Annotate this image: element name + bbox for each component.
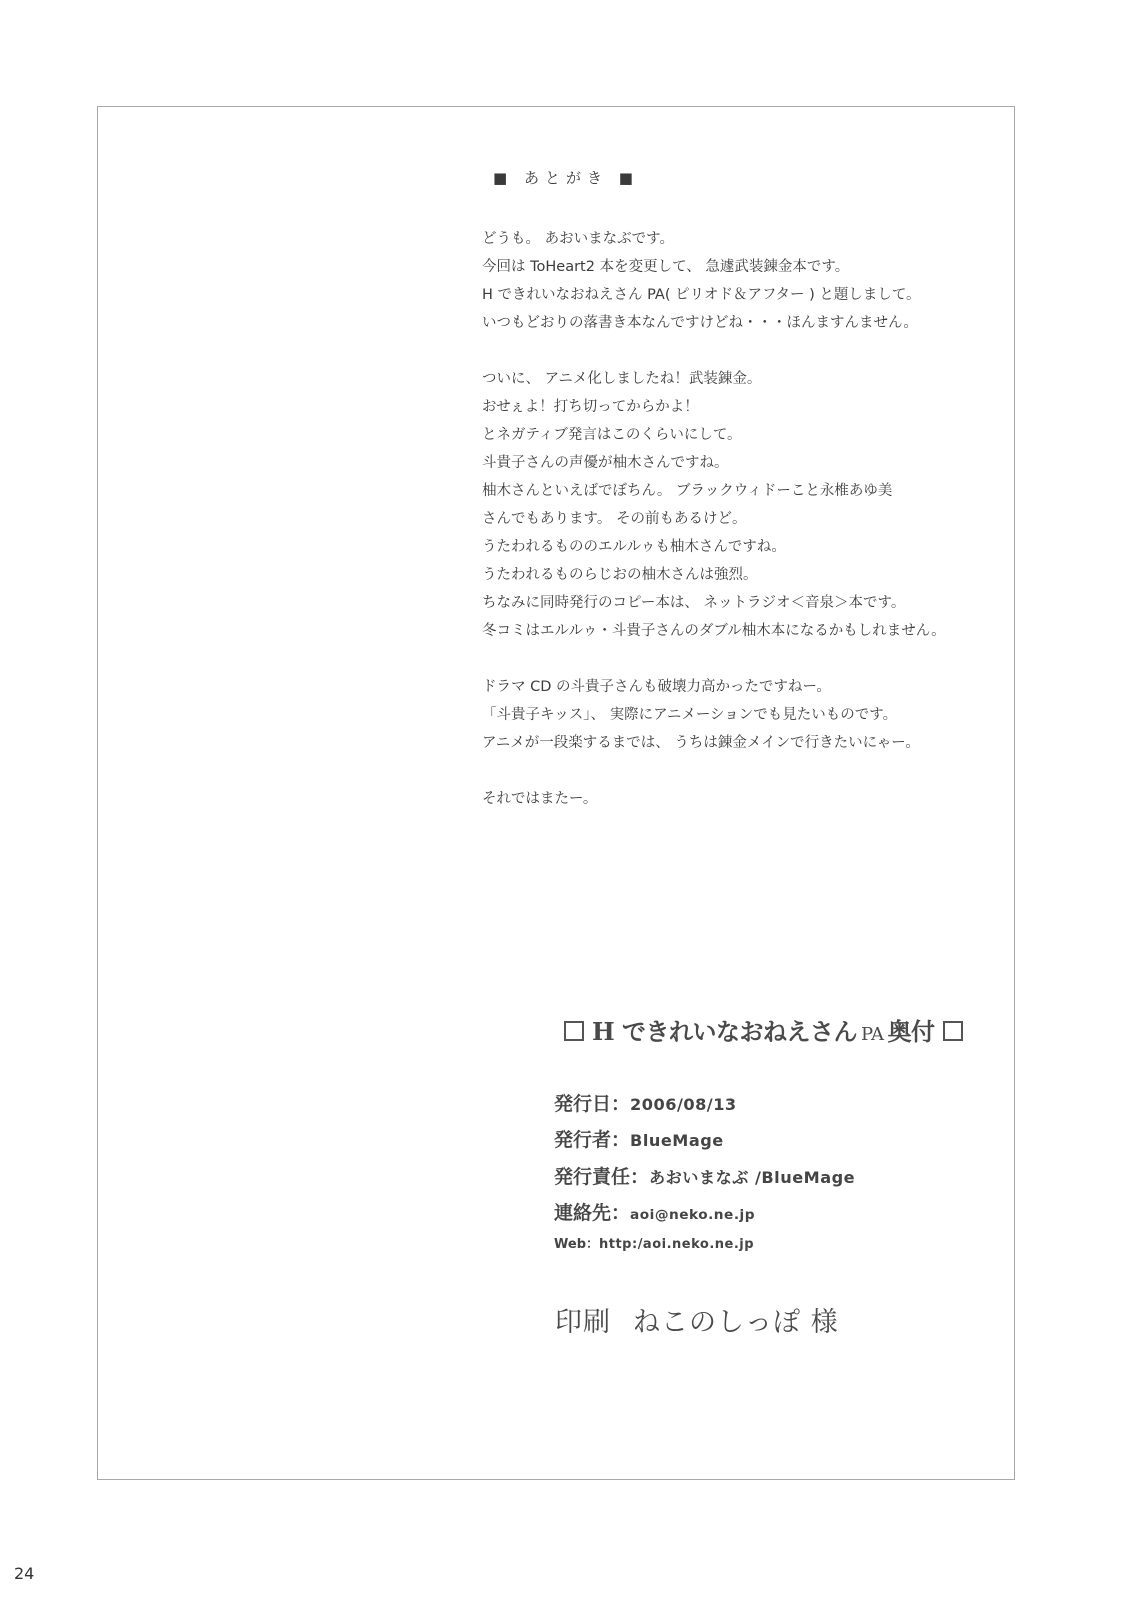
publish-date-row: 発行日：2006/08/13: [554, 1086, 855, 1122]
afterword-line: 今回は ToHeart2 本を変更して、 急遽武装錬金本です。: [482, 253, 982, 281]
afterword-line: さんでもあります。 その前もあるけど。: [482, 505, 982, 533]
colophon-title-text: H できれいなおねえさん: [592, 1017, 857, 1046]
web-row: Web：http:/aoi.neko.ne.jp: [554, 1230, 855, 1260]
page-number: 24: [14, 1564, 34, 1583]
web-url: http:/aoi.neko.ne.jp: [599, 1237, 754, 1252]
afterword-line: おせぇよ！打ち切ってからかよ！: [482, 393, 982, 421]
publisher-row: 発行者：BlueMage: [554, 1122, 855, 1158]
afterword-line: うたわれるもののエルルゥも柚木さんですね。: [482, 533, 982, 561]
printer-label: 印刷: [555, 1307, 611, 1338]
web-label: Web：: [554, 1237, 599, 1252]
contact-row: 連絡先：aoi@neko.ne.jp: [554, 1196, 855, 1230]
responsible-row: 発行責任：あおいまなぶ /BlueMage: [554, 1158, 855, 1196]
colophon-details: 発行日：2006/08/13 発行者：BlueMage 発行責任：あおいまなぶ …: [554, 1086, 855, 1260]
paragraph-gap: [482, 757, 982, 785]
colophon-title-suffix: 奥付: [888, 1017, 935, 1046]
printer-credit: 印刷ねこのしっぽ 様: [555, 1300, 839, 1339]
publish-date-value: 2006/08/13: [630, 1095, 737, 1114]
afterword-line: ついに、 アニメ化しましたね！武装錬金。: [482, 365, 982, 393]
colophon-title: H できれいなおねえさんPA奥付: [556, 1012, 971, 1047]
afterword-line: ちなみに同時発行のコピー本は、 ネットラジオ＜音泉＞本です。: [482, 589, 982, 617]
afterword-line: 斗貴子さんの声優が柚木さんですね。: [482, 449, 982, 477]
open-square-icon: [564, 1021, 584, 1041]
afterword-line: 柚木さんといえばでぼちん。 ブラックウィドーこと永椎あゆ美: [482, 477, 982, 505]
paragraph-gap: [482, 337, 982, 365]
afterword-line: 「斗貴子キッス」、 実際にアニメーションでも見たいものです。: [482, 701, 982, 729]
afterword-line: ドラマ CD の斗貴子さんも破壊力高かったですねー。: [482, 673, 982, 701]
afterword-line: それではまたー。: [482, 785, 982, 813]
responsible-label: 発行責任：: [554, 1166, 649, 1188]
afterword-line: 冬コミはエルルゥ・斗貴子さんのダブル柚木本になるかもしれません。: [482, 617, 982, 645]
colophon-title-pa: PA: [861, 1024, 883, 1045]
publisher-value: BlueMage: [630, 1131, 724, 1150]
afterword-line: アニメが一段楽するまでは、 うちは錬金メインで行きたいにゃー。: [482, 729, 982, 757]
afterword-line: どうも。 あおいまなぶです。: [482, 225, 982, 253]
contact-email: aoi@neko.ne.jp: [630, 1207, 755, 1223]
afterword-line: うたわれるものらじおの柚木さんは強烈。: [482, 561, 982, 589]
open-square-icon: [943, 1021, 963, 1041]
afterword-line: とネガティブ発言はこのくらいにして。: [482, 421, 982, 449]
afterword-body: どうも。 あおいまなぶです。 今回は ToHeart2 本を変更して、 急遽武装…: [482, 225, 982, 813]
responsible-value: あおいまなぶ /BlueMage: [649, 1168, 855, 1187]
publisher-label: 発行者：: [554, 1129, 630, 1151]
contact-label: 連絡先：: [554, 1202, 630, 1224]
afterword-line: H できれいなおねえさん PA( ピリオド＆アフター ) と題しまして。: [482, 281, 982, 309]
publish-date-label: 発行日：: [554, 1093, 630, 1115]
paragraph-gap: [482, 645, 982, 673]
afterword-heading: ■ あとがき ■: [493, 167, 639, 188]
printer-name: ねこのしっぽ 様: [633, 1307, 839, 1338]
afterword-line: いつもどおりの落書き本なんですけどね・・・ほんますんません。: [482, 309, 982, 337]
